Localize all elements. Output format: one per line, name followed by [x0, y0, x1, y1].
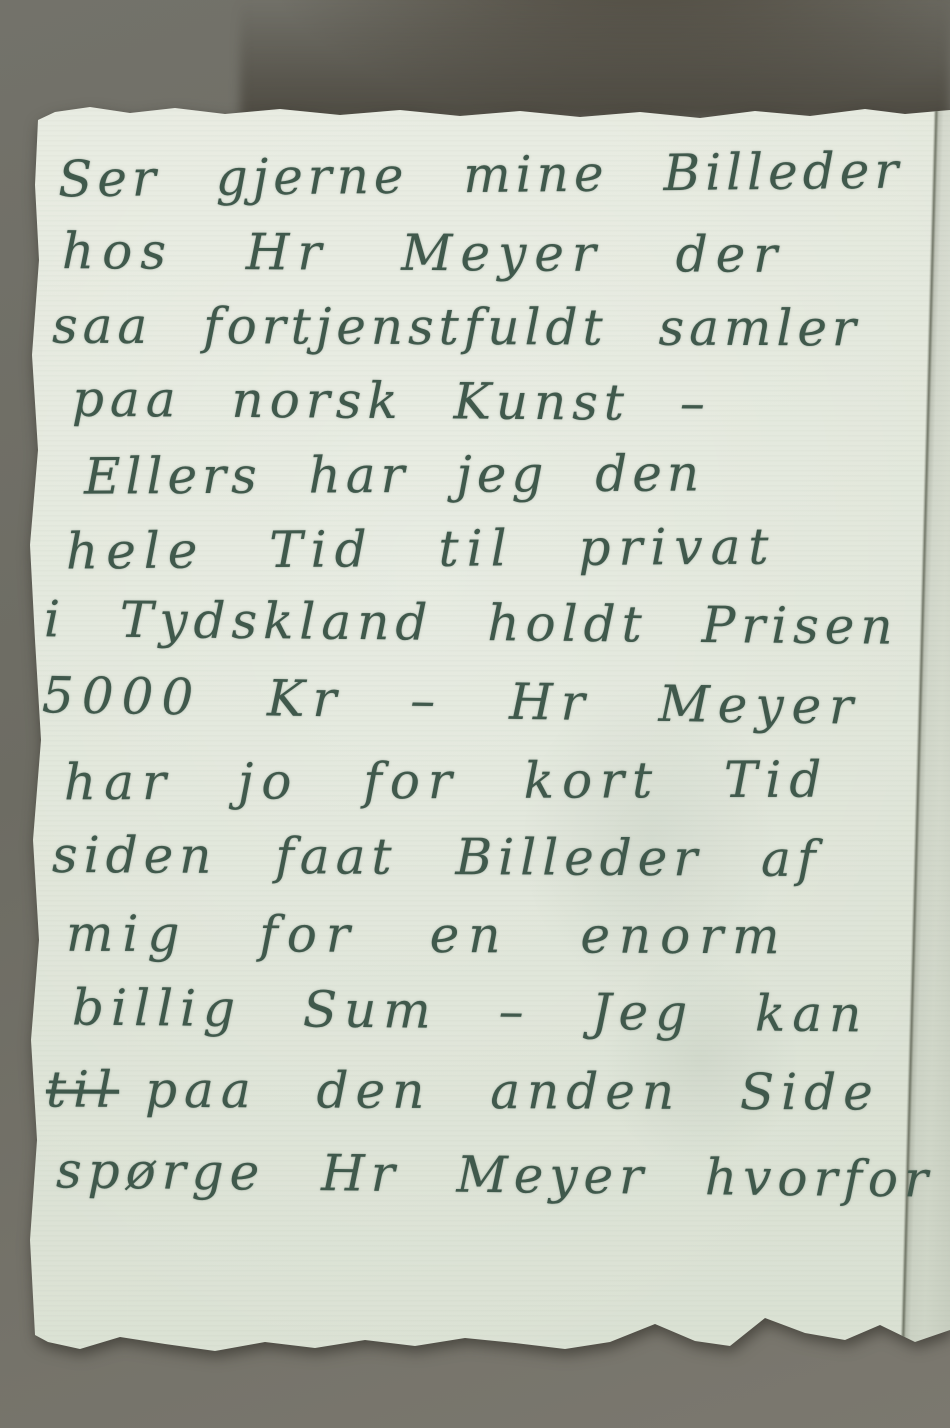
handwriting-text: Ellers har jeg den: [84, 444, 704, 505]
handwriting-text: hele Tid til privat: [66, 518, 777, 581]
handwriting-line: hele Tid til privat: [66, 518, 777, 581]
handwriting-text: har jo for kort Tid: [64, 751, 830, 812]
handwriting-line: 5000 Kr – Hr Meyer: [42, 666, 862, 735]
letter-photo: Ser gjerne mine Billeder hos Hr Meyer de…: [0, 0, 950, 1428]
handwriting-line: Ellers har jeg den: [84, 444, 704, 505]
handwriting-line: mig for en enorm: [66, 905, 789, 966]
handwriting-text: saa fortjenstfuldt samler: [52, 297, 861, 358]
handwriting-text: i Tydskland holdt Prisen: [44, 590, 899, 655]
handwriting-line: saa fortjenstfuldt samler: [52, 297, 861, 358]
handwriting-text: billig Sum – Jeg kan: [72, 979, 869, 1044]
handwriting-line: hos Hr Meyer der: [62, 222, 785, 284]
handwriting-text: 5000 Kr – Hr Meyer: [42, 666, 862, 735]
handwriting-line: paa norsk Kunst –: [72, 370, 711, 432]
handwriting-text: spørge Hr Meyer hvorfor: [56, 1141, 935, 1208]
handwriting-text: mig for en enorm: [66, 905, 789, 966]
handwriting-line: har jo for kort Tid: [64, 751, 830, 812]
paper-sheet: Ser gjerne mine Billeder hos Hr Meyer de…: [0, 0, 950, 1428]
handwriting-text: hos Hr Meyer der: [62, 222, 785, 284]
handwriting-text: siden faat Billeder af: [52, 826, 822, 888]
handwriting-line: i Tydskland holdt Prisen: [44, 590, 899, 655]
handwriting-line: Ser gjerne mine Billeder: [58, 142, 904, 209]
handwriting-line: tilpaa den anden Side: [46, 1061, 880, 1122]
handwriting-line: billig Sum – Jeg kan: [72, 979, 869, 1044]
handwriting-line: siden faat Billeder af: [52, 826, 822, 888]
crossed-out-word: til: [46, 1061, 119, 1119]
handwriting-text: Ser gjerne mine Billeder: [58, 142, 904, 209]
letter-page: Ser gjerne mine Billeder hos Hr Meyer de…: [0, 0, 950, 1428]
handwriting-line: spørge Hr Meyer hvorfor: [56, 1141, 935, 1208]
handwriting-text: paa norsk Kunst –: [72, 370, 711, 432]
handwriting-text: paa den anden Side: [145, 1061, 880, 1122]
